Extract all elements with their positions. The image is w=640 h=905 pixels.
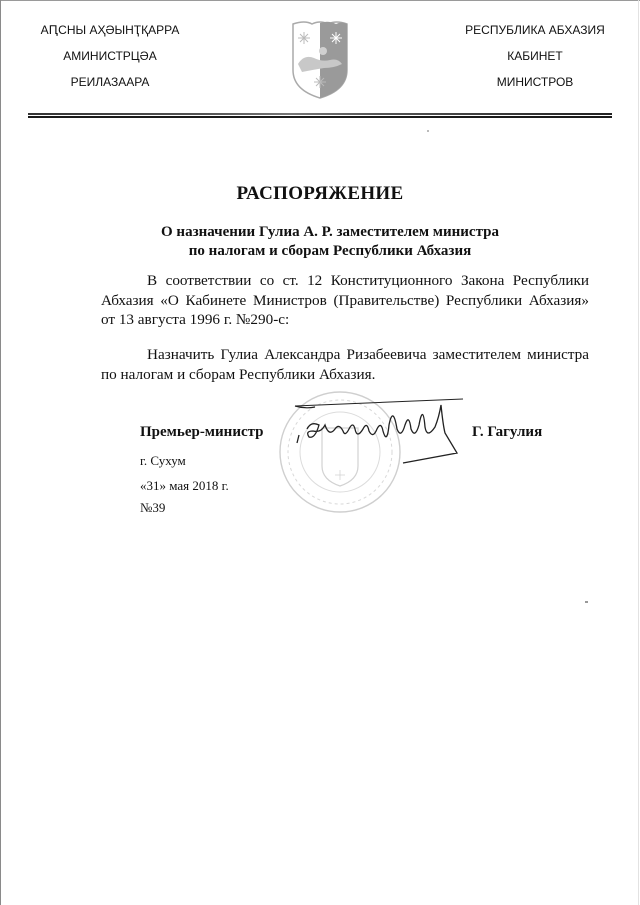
document-date: «31» мая 2018 г. — [140, 478, 229, 494]
letterhead-abkhaz-line: РЕИЛАЗААРА — [20, 74, 200, 100]
coat-of-arms-icon — [290, 18, 350, 100]
page-edge-left — [0, 0, 1, 905]
appointment-paragraph: Назначить Гулиа Александра Ризабеевича з… — [101, 345, 589, 384]
letterhead-russian: РЕСПУБЛИКА АБХАЗИЯ КАБИНЕТ МИНИСТРОВ — [440, 22, 630, 100]
page-edge-top — [0, 0, 640, 1]
scan-speck — [585, 601, 588, 603]
letterhead-divider-top — [28, 113, 612, 115]
subject-line: по налогам и сборам Республики Абхазия — [120, 242, 540, 261]
document-subject: О назначении Гулиа А. Р. заместителем ми… — [120, 223, 540, 261]
page-edge-right — [638, 0, 639, 905]
document-city: г. Сухум — [140, 453, 186, 469]
document-number: №39 — [140, 500, 165, 516]
letterhead-russian-line: КАБИНЕТ — [440, 48, 630, 74]
letterhead-divider-bottom — [28, 116, 612, 118]
signatory-position: Премьер-министр — [140, 424, 264, 441]
letterhead-abkhaz-line: АМИНИСТРЦӘА — [20, 48, 200, 74]
subject-line: О назначении Гулиа А. Р. заместителем ми… — [120, 223, 540, 242]
document-type-title: РАСПОРЯЖЕНИЕ — [0, 183, 640, 205]
handwritten-signature-icon — [285, 395, 465, 465]
legal-basis-paragraph: В соответствии со ст. 12 Конституционног… — [101, 271, 589, 330]
signatory-name: Г. Гагулия — [472, 424, 542, 441]
scan-speck — [427, 130, 429, 132]
letterhead-abkhaz: АԤСНЫ АҲӘЫНҬҚАРРА АМИНИСТРЦӘА РЕИЛАЗААРА — [20, 22, 200, 100]
letterhead-abkhaz-line: АԤСНЫ АҲӘЫНҬҚАРРА — [20, 22, 200, 48]
letterhead-russian-line: МИНИСТРОВ — [440, 74, 630, 100]
letterhead-russian-line: РЕСПУБЛИКА АБХАЗИЯ — [440, 22, 630, 48]
